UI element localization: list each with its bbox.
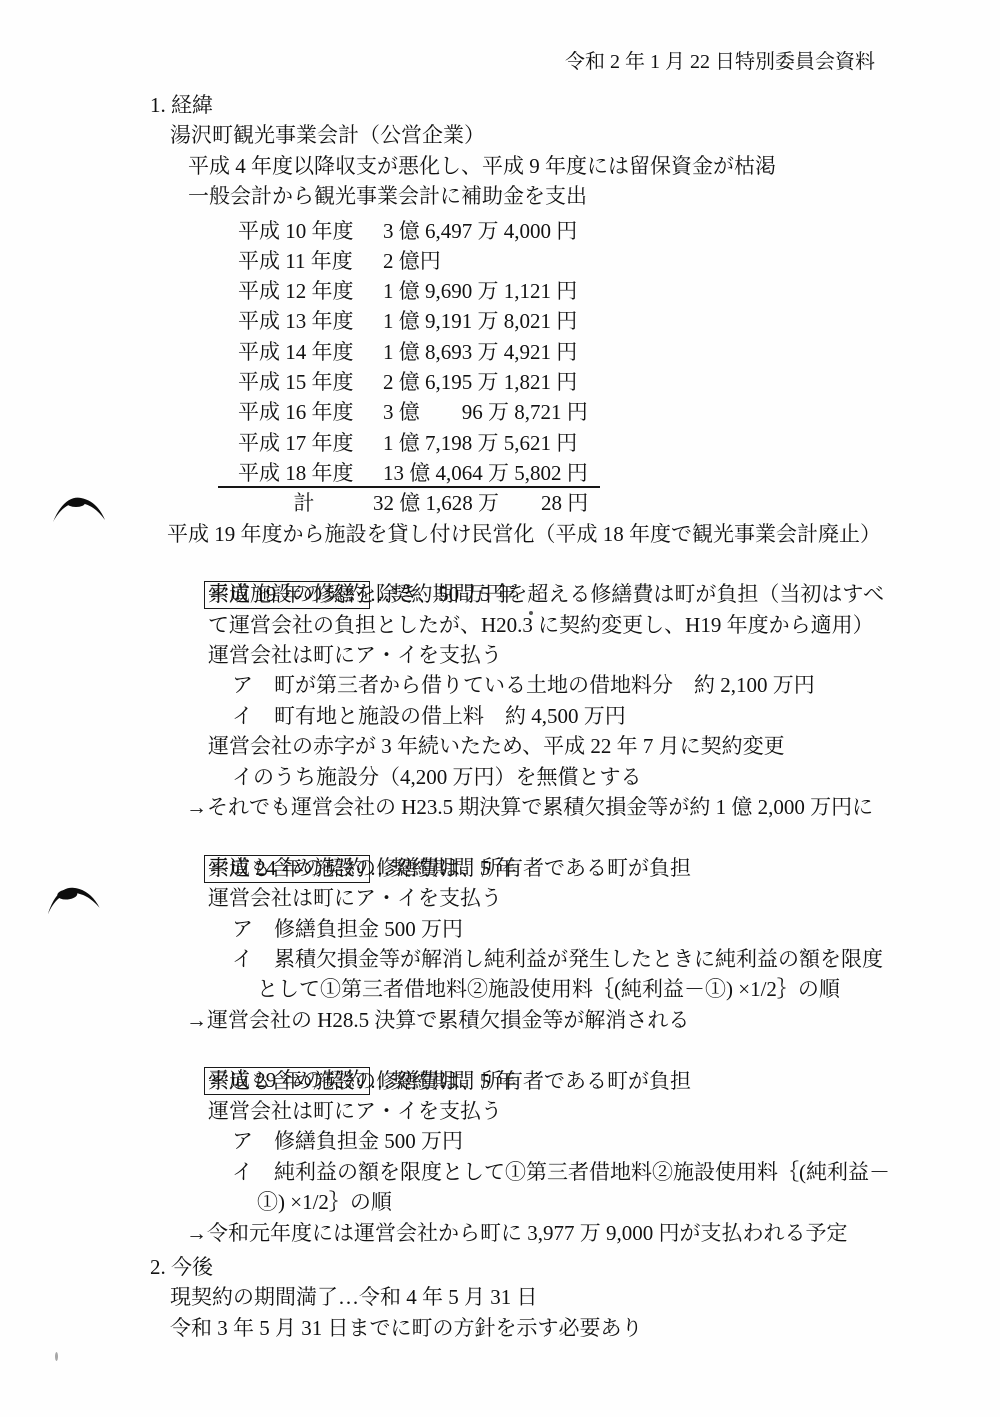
subsidy-year: 平成 13 年度	[238, 306, 370, 336]
subsidy-amount: 3 億 6,497 万 4,000 円	[370, 216, 577, 246]
subsidy-year: 平成 11 年度	[238, 246, 370, 276]
punch-hole-shadow-top	[52, 496, 106, 529]
subsidy-row-h18: 平成 18 年度 13 億 4,064 万 5,802 円	[218, 458, 600, 488]
subsidy-row-total: 計 32 億 1,628 万 28 円	[238, 488, 1000, 518]
line-item-i-3a: イ 純利益の額を限度として①第三者借地料②施設使用料｛(純利益－	[0, 1157, 1000, 1187]
line-policy-deadline: 令和 3 年 5 月 31 日までに町の方針を示す必要あり	[0, 1313, 1000, 1343]
line-h29-contract: 平成 29 年の契約…契約期間 5 年	[0, 1035, 1000, 1065]
line-item-a-1: ア 町が第三者から借りている土地の借地料分 約 2,100 万円	[0, 670, 1000, 700]
section1-heading: 1. 経緯	[0, 90, 1000, 120]
subsidy-amount: 2 億 6,195 万 1,821 円	[370, 367, 577, 397]
line-arrow-h235: →それでも運営会社の H23.5 期決算で累積欠損金等が約 1 億 2,000 …	[0, 792, 1000, 822]
line-item-i-2a: イ 累積欠損金等が解消し純利益が発生したときに純利益の額を限度	[0, 944, 1000, 974]
subsidy-amount: 1 億 9,690 万 1,121 円	[370, 276, 577, 306]
line-repair-rule-2: て運営会社の負担としたが、H20.3 に契約変更し、H19 年度から適用）	[0, 610, 1000, 640]
subsidy-year: 平成 15 年度	[238, 367, 370, 397]
subsidy-amount: 13 億 4,064 万 5,802 円	[370, 458, 588, 486]
line-item-i-3b: ①) ×1/2｝の順	[0, 1187, 1000, 1217]
line-deficit-3years: 運営会社の赤字が 3 年続いたため、平成 22 年 7 月に契約変更	[0, 731, 1000, 761]
header-date-note: 令和 2 年 1 月 22 日特別委員会資料	[0, 0, 1000, 78]
line-h24-contract: 平成 24 年の契約…契約期間 5 年	[0, 822, 1000, 852]
subsidy-row-h17: 平成 17 年度 1 億 7,198 万 5,621 円	[238, 428, 1000, 458]
line-pay-intro-3: 運営会社は町にア・イを支払う	[0, 1096, 1000, 1126]
line-pay-intro-1: 運営会社は町にア・イを支払う	[0, 640, 1000, 670]
subsidy-row-h12: 平成 12 年度 1 億 9,690 万 1,121 円	[238, 276, 1000, 306]
line-pay-intro-2: 運営会社は町にア・イを支払う	[0, 883, 1000, 913]
line-repair-rule-4: 索道も含め施設の修繕費は、所有者である町が負担	[0, 1066, 1000, 1096]
subsidy-year: 平成 14 年度	[238, 337, 370, 367]
line-accounting-name: 湯沢町観光事業会計（公営企業）	[0, 120, 1000, 150]
line-repair-rule-1: 索道施設の修繕を除き、50 万円を超える修繕費は町が負担（当初はすべ	[0, 579, 1000, 609]
line-arrow-r1: →令和元年度には運営会社から町に 3,977 万 9,000 円が支払われる予定	[0, 1218, 1000, 1248]
subsidy-amount: 1 億 8,693 万 4,921 円	[370, 337, 577, 367]
subsidy-table: 平成 10 年度 3 億 6,497 万 4,000 円 平成 11 年度 2 …	[238, 216, 1000, 519]
subsidy-year: 平成 10 年度	[238, 216, 370, 246]
line-item-i-1: イ 町有地と施設の借上料 約 4,500 万円	[0, 701, 1000, 731]
scanned-document-page: 令和 2 年 1 月 22 日特別委員会資料 1. 経緯 湯沢町観光事業会計（公…	[0, 0, 1000, 1417]
punch-hole-shadow-middle	[45, 884, 102, 922]
line-subsidy-intro: 一般会計から観光事業会計に補助金を支出	[0, 181, 1000, 211]
line-privatization: 平成 19 年度から施設を貸し付け民営化（平成 18 年度で観光事業会計廃止）	[0, 519, 1000, 549]
subsidy-amount: 1 億 7,198 万 5,621 円	[370, 428, 577, 458]
subsidy-amount: 3 億 96 万 8,721 円	[370, 397, 588, 427]
line-arrow-h285: →運営会社の H28.5 決算で累積欠損金等が解消される	[0, 1005, 1000, 1035]
subsidy-row-h10: 平成 10 年度 3 億 6,497 万 4,000 円	[238, 216, 1000, 246]
line-h19-contract: 平成 19 年の契約…契約期間 5 年	[0, 549, 1000, 579]
subsidy-year: 平成 18 年度	[238, 458, 370, 486]
line-deficit-history: 平成 4 年度以降収支が悪化し、平成 9 年度には留保資金が枯渇	[0, 151, 1000, 181]
subsidy-total-amount: 32 億 1,628 万 28 円	[370, 488, 588, 518]
subsidy-row-h15: 平成 15 年度 2 億 6,195 万 1,821 円	[238, 367, 1000, 397]
subsidy-year: 平成 16 年度	[238, 397, 370, 427]
line-contract-expiry: 現契約の期間満了…令和 4 年 5 月 31 日	[0, 1282, 1000, 1312]
subsidy-row-h16: 平成 16 年度 3 億 96 万 8,721 円	[238, 397, 1000, 427]
line-repair-rule-3: 索道も含め施設の修繕費は、所有者である町が負担	[0, 853, 1000, 883]
subsidy-row-h13: 平成 13 年度 1 億 9,191 万 8,021 円	[238, 306, 1000, 336]
line-item-i-2b: として①第三者借地料②施設使用料｛(純利益－①) ×1/2｝の順	[0, 974, 1000, 1004]
line-item-a-2: ア 修繕負担金 500 万円	[0, 914, 1000, 944]
subsidy-year: 平成 12 年度	[238, 276, 370, 306]
subsidy-amount: 1 億 9,191 万 8,021 円	[370, 306, 577, 336]
subsidy-total-label: 計	[238, 488, 370, 518]
subsidy-year: 平成 17 年度	[238, 428, 370, 458]
line-item-a-3: ア 修繕負担金 500 万円	[0, 1126, 1000, 1156]
subsidy-row-h11: 平成 11 年度 2 億円	[238, 246, 1000, 276]
scan-dot	[529, 611, 533, 615]
subsidy-amount: 2 億円	[370, 246, 441, 276]
section2-heading: 2. 今後	[0, 1252, 1000, 1282]
subsidy-row-h14: 平成 14 年度 1 億 8,693 万 4,921 円	[238, 337, 1000, 367]
line-free-facility: イのうち施設分（4,200 万円）を無償とする	[0, 762, 1000, 792]
scan-speck	[55, 1352, 58, 1361]
